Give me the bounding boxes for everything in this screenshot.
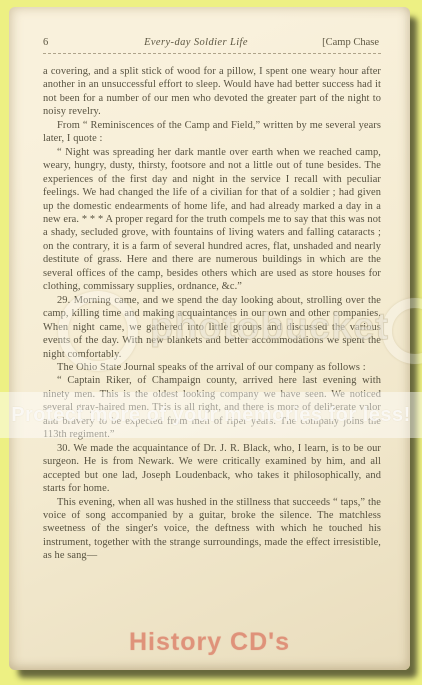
paragraph: From “ Reminiscences of the Camp and Fie… — [43, 119, 381, 146]
page-number: 6 — [43, 37, 103, 48]
photobucket-ring-icon — [58, 291, 138, 371]
header-rule — [43, 53, 381, 54]
banner-text: Protect more of your memories for less! — [11, 404, 411, 427]
history-cds-watermark: History CD's — [9, 628, 410, 657]
section-label: [Camp Chase — [289, 37, 379, 48]
paragraph: a covering, and a split stick of wood fo… — [43, 65, 381, 119]
running-title: Every-day Soldier Life — [103, 37, 289, 48]
photobucket-logo-watermark: photobucket — [150, 306, 389, 349]
paragraph: This evening, when all was hushed in the… — [43, 496, 381, 563]
photobucket-scanned-page: { "page_header": { "page_number": "6", "… — [0, 0, 422, 685]
paragraph: 30. We made the acquaintance of Dr. J. R… — [43, 442, 381, 496]
photobucket-banner-watermark: Protect more of your memories for less! — [0, 392, 422, 438]
page-header: 6 Every-day Soldier Life [Camp Chase — [43, 37, 381, 48]
paragraph: “ Night was spreading her dark mantle ov… — [43, 146, 381, 294]
